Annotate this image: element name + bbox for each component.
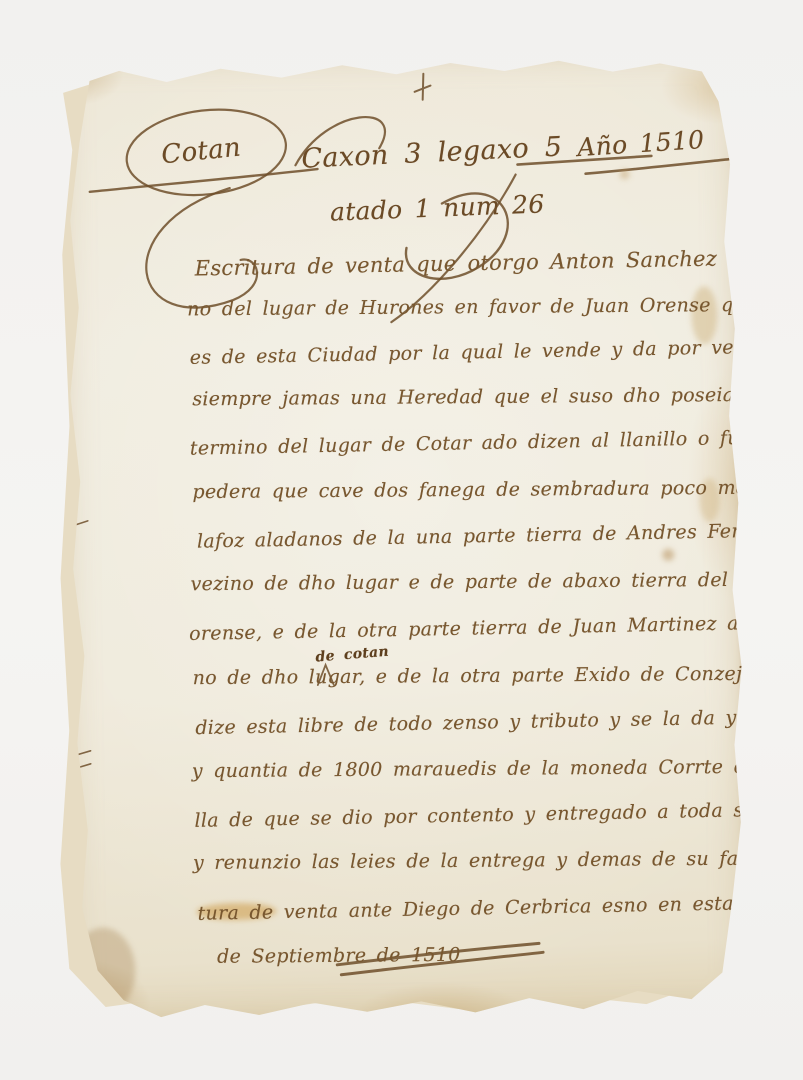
body-line: y quantia de 1800 marauedis de la moneda… [192,755,803,782]
body-line: siempre jamas una Heredad que el suso dh… [192,384,769,411]
body-line: tura de venta ante Diego de Cerbrica esn… [197,890,803,925]
body-line: de Septiembre de 1510 [217,944,461,968]
body-line: pedera que cave dos fanega de sembradura… [192,476,803,503]
shelf-mark: Caxon 3 legaxo 5 [301,131,563,174]
fox-spot [620,169,630,179]
archive-town-label: Cotan [160,133,242,171]
body-line: lafoz aladanos de la una parte tierra de… [197,519,803,553]
body-line: lla de que se dio por contento y entrega… [194,797,803,832]
manuscript-page: Cotan Caxon 3 legaxo 5 Año 1510 atado 1 … [58,48,746,1024]
photo-backdrop: Cotan Caxon 3 legaxo 5 Año 1510 atado 1 … [0,0,803,1080]
body-line: termino del lugar de Cotar ado dizen al … [190,426,772,459]
body-line: orense, e de la otra parte tierra de Jua… [189,610,803,645]
body-line: vezino de dho lugar e de parte de abaxo … [190,568,803,595]
body-line: y renunzio las leies de la entrega y dem… [193,846,803,874]
interline-note: de cotan [315,644,390,666]
body-line: no del lugar de Hurones en favor de Juan… [187,294,758,320]
body-line: dize esta libre de todo zenso y tributo … [195,703,803,739]
fox-spot [662,549,674,561]
body-line: no de dho lugar, e de la otra parte Exid… [193,662,803,689]
body-line: Escritura de venta que otorgo Anton Sanc… [194,245,771,280]
year-label: Año 1510 [576,125,705,162]
bundle-label: atado 1 num 26 [330,189,546,226]
body-line: es de esta Ciudad por la qual le vende y… [190,334,803,369]
